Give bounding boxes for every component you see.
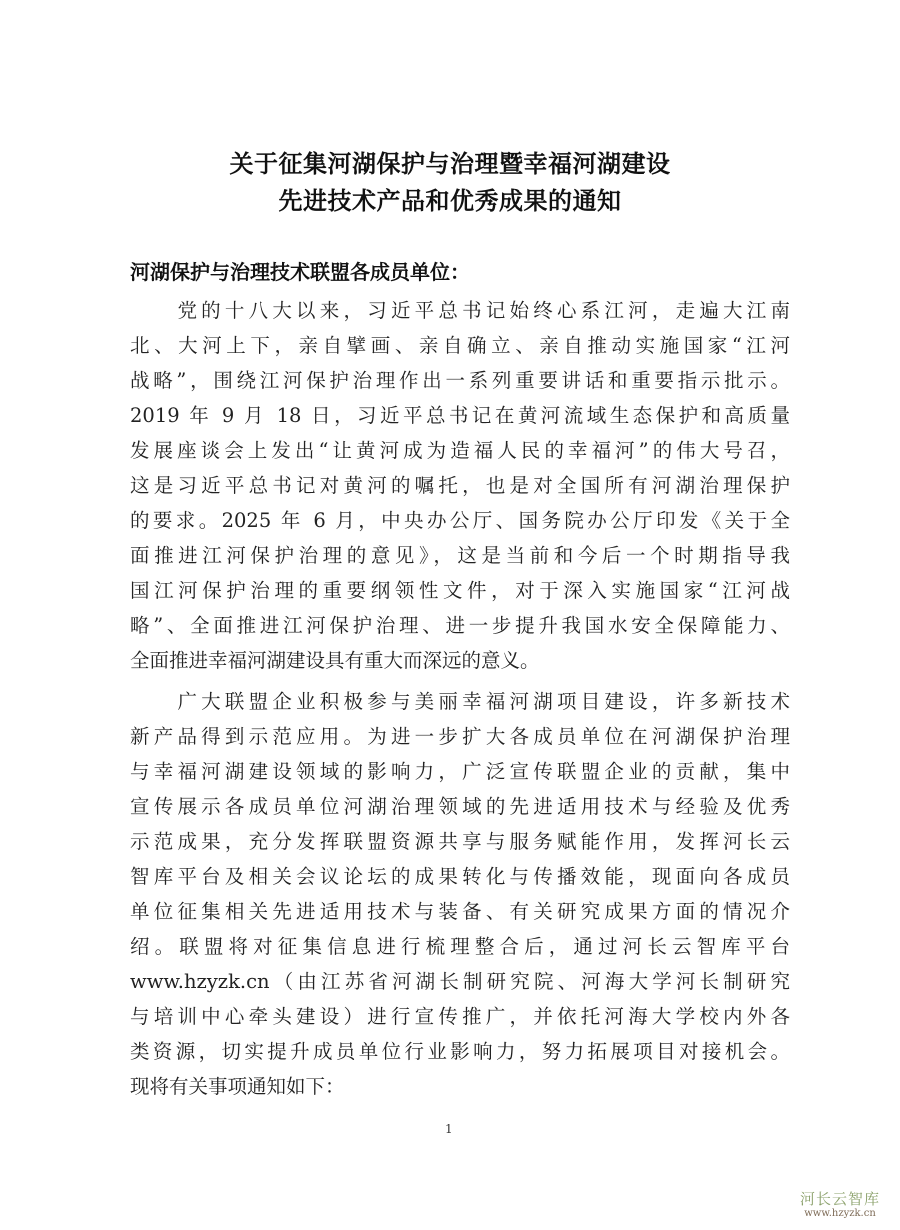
body-line: 略”、全面推进江河保护治理、进一步提升我国水安全保障能力、 <box>130 611 790 641</box>
body-line: 绍。联盟将对征集信息进行梳理整合后，通过河长云智库平台 <box>130 932 790 962</box>
body-line: 示范成果，充分发挥联盟资源共享与服务赋能作用，发挥河长云 <box>130 827 790 857</box>
document-title-line-1: 关于征集河湖保护与治理暨幸福河湖建设 <box>0 144 900 179</box>
body-line: 与幸福河湖建设领域的影响力，广泛宣传联盟企业的贡献，集中 <box>130 757 790 787</box>
body-line: 2019 年 9 月 18 日，习近平总书记在黄河流域生态保护和高质量 <box>130 401 790 431</box>
body-line: 智库平台及相关会议论坛的成果转化与传播效能，现面向各成员 <box>130 862 790 892</box>
body-line: 类资源，切实提升成员单位行业影响力，努力拓展项目对接机会。 <box>130 1037 790 1067</box>
document-title-line-2: 先进技术产品和优秀成果的通知 <box>0 181 900 216</box>
body-line: 战略”，围绕江河保护治理作出一系列重要讲话和重要指示批示。 <box>130 366 790 396</box>
watermark-name: 河长云智库 <box>790 1188 890 1209</box>
body-line: 国江河保护治理的重要纲领性文件，对于深入实施国家“江河战 <box>130 576 790 606</box>
body-line: 单位征集相关先进适用技术与装备、有关研究成果方面的情况介 <box>130 897 790 927</box>
body-line: www.hzyzk.cn（由江苏省河湖长制研究院、河海大学河长制研究 <box>130 967 790 997</box>
body-line: 全面推进幸福河湖建设具有重大而深远的意义。 <box>130 646 790 676</box>
body-line: 这是习近平总书记对黄河的嘱托，也是对全国所有河湖治理保护 <box>130 471 790 501</box>
body-line: 广大联盟企业积极参与美丽幸福河湖项目建设，许多新技术 <box>130 687 790 717</box>
body-line: 宣传展示各成员单位河湖治理领域的先进适用技术与经验及优秀 <box>130 792 790 822</box>
body-line: 现将有关事项通知如下： <box>130 1072 790 1102</box>
body-line: 新产品得到示范应用。为进一步扩大各成员单位在河湖保护治理 <box>130 722 790 752</box>
body-line: 党的十八大以来，习近平总书记始终心系江河，走遍大江南 <box>130 296 790 326</box>
body-line: 与培训中心牵头建设）进行宣传推广，并依托河海大学校内外各 <box>130 1002 790 1032</box>
watermark-logo: 河长云智库 www.hzyzk.cn <box>790 1188 890 1219</box>
body-line: 的要求。2025 年 6 月，中央办公厅、国务院办公厅印发《关于全 <box>130 506 790 536</box>
body-line: 发展座谈会上发出“让黄河成为造福人民的幸福河”的伟大号召， <box>130 436 790 466</box>
salutation: 河湖保护与治理技术联盟各成员单位： <box>130 256 470 285</box>
body-line: 面推进江河保护治理的意见》，这是当前和今后一个时期指导我 <box>130 541 790 571</box>
body-line: 北、大河上下，亲自擘画、亲自确立、亲自推动实施国家“江河 <box>130 331 790 361</box>
watermark-url: www.hzyzk.cn <box>790 1208 890 1219</box>
page-number: 1 <box>445 1122 453 1136</box>
document-page: 关于征集河湖保护与治理暨幸福河湖建设 先进技术产品和优秀成果的通知 河湖保护与治… <box>0 0 900 1230</box>
